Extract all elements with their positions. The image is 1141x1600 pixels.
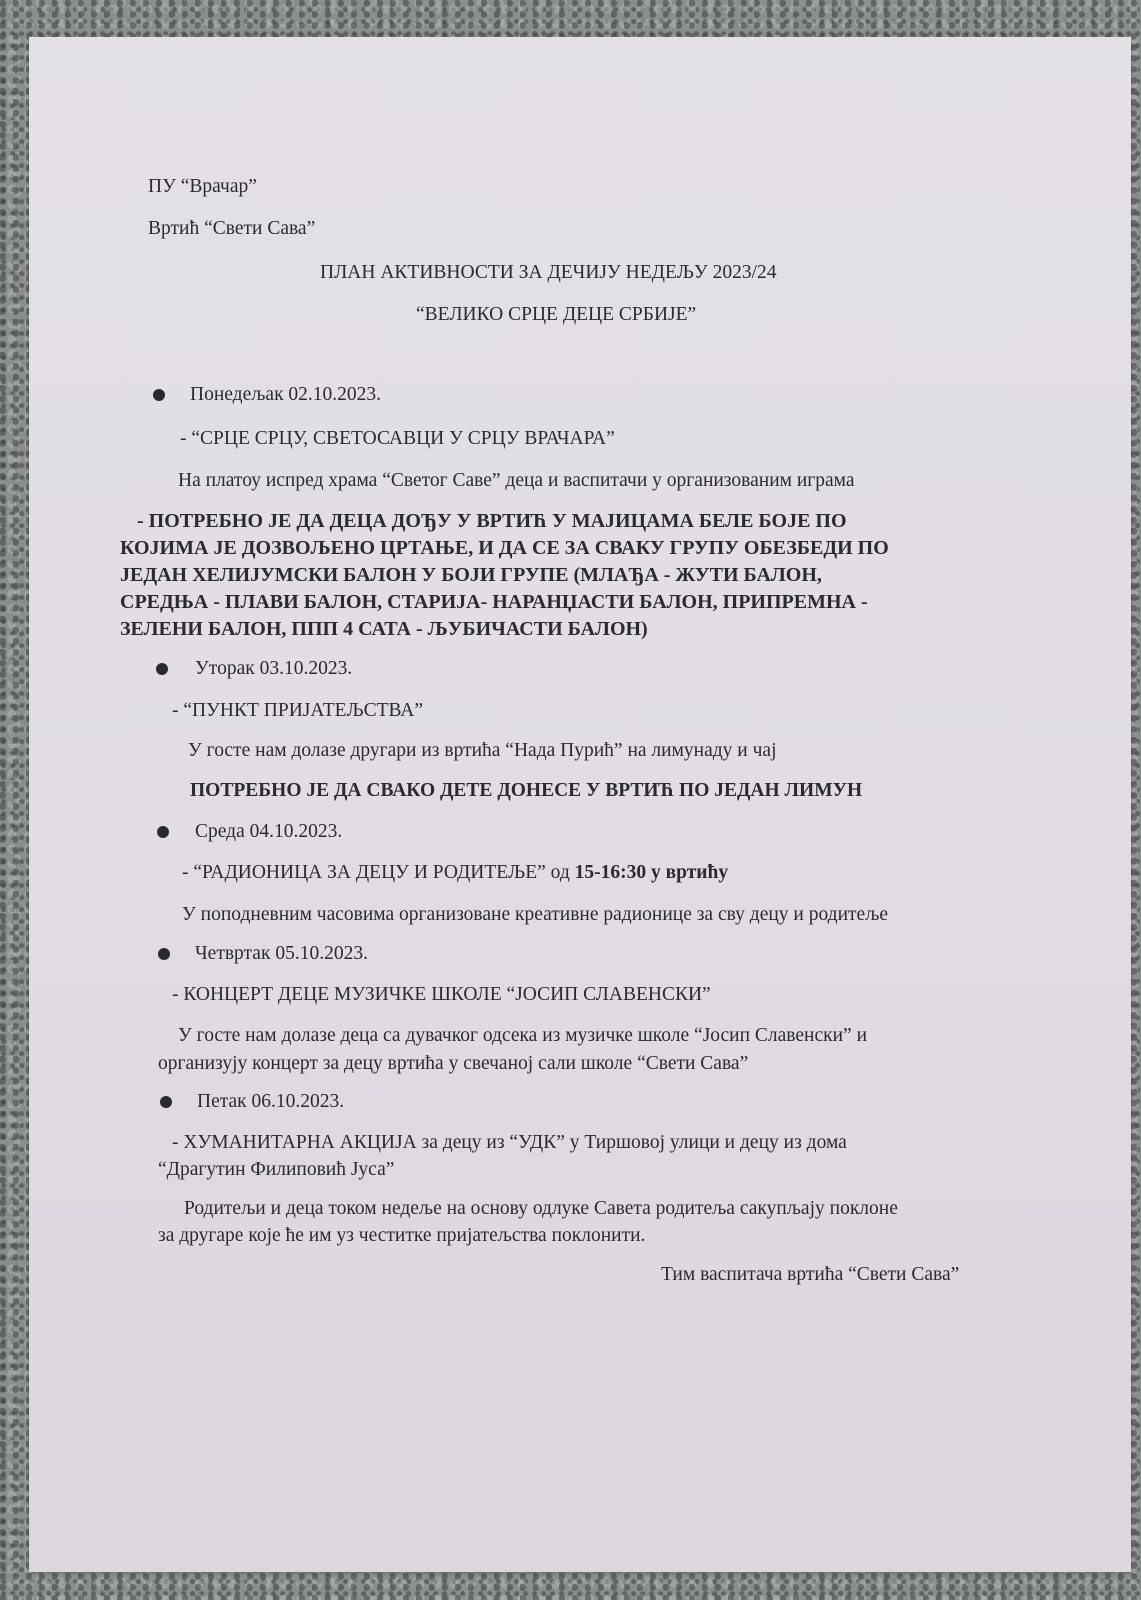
bullet-icon	[157, 826, 169, 838]
day-date-thursday: Четвртак 05.10.2023.	[195, 943, 368, 965]
day-date-friday: Петак 06.10.2023.	[197, 1091, 344, 1113]
bullet-icon	[156, 663, 168, 675]
day-date-wednesday: Среда 04.10.2023.	[195, 821, 342, 843]
note-line: ЈЕДАН ХЕЛИЈУМСКИ БАЛОН У БОЈИ ГРУПЕ (МЛА…	[120, 562, 1000, 589]
day-description-monday: На платоу испред храма “Светог Саве” дец…	[178, 470, 855, 492]
day-date-monday: Понедељак 02.10.2023.	[190, 384, 381, 406]
day-activity-thursday: - КОНЦЕРТ ДЕЦЕ МУЗИЧКЕ ШКОЛЕ “ЈОСИП СЛАВ…	[172, 984, 711, 1006]
day-activity-friday-line-1: - ХУМАНИТАРНА АКЦИЈА за децу из “УДК” у …	[172, 1132, 847, 1154]
day-note-monday: - ПОТРЕБНО ЈЕ ДА ДЕЦА ДОЂУ У ВРТИЋ У МАЈ…	[120, 508, 1000, 643]
day-description-tuesday: У госте нам долазе другари из вртића “На…	[188, 740, 777, 762]
document-title: ПЛАН АКТИВНОСТИ ЗА ДЕЧИЈУ НЕДЕЉУ 2023/24	[320, 262, 777, 284]
activity-text: - “РАДИОНИЦА ЗА ДЕЦУ И РОДИТЕЉЕ” од	[182, 862, 575, 883]
day-activity-monday: - “СРЦЕ СРЦУ, СВЕТОСАВЦИ У СРЦУ ВРАЧАРА”	[180, 428, 615, 450]
bullet-icon	[160, 1096, 172, 1108]
bullet-icon	[158, 948, 170, 960]
institution-name: ПУ “Врачар”	[148, 176, 257, 198]
document-subtitle: “ВЕЛИКО СРЦЕ ДЕЦЕ СРБИЈЕ”	[416, 304, 696, 326]
day-date-tuesday: Уторак 03.10.2023.	[195, 658, 352, 680]
day-description-thursday-line-2: организују концерт за децу вртића у свеч…	[158, 1053, 748, 1075]
note-line: КОЈИМА ЈЕ ДОЗВОЉЕНО ЦРТАЊЕ, И ДА СЕ ЗА С…	[120, 535, 1000, 562]
day-description-wednesday: У поподневним часовима организоване креа…	[182, 904, 888, 926]
kindergarten-name: Вртић “Свети Сава”	[148, 218, 315, 240]
day-description-friday-line-2: за другаре које ће им уз честитке пријат…	[158, 1225, 645, 1247]
day-description-thursday-line-1: У госте нам долазе деца са дувачког одсе…	[178, 1025, 867, 1047]
note-line: ЗЕЛЕНИ БАЛОН, ППП 4 САТА - ЉУБИЧАСТИ БАЛ…	[120, 616, 1000, 643]
note-line: СРЕДЊА - ПЛАВИ БАЛОН, СТАРИЈА- НАРАНЏАСТ…	[120, 589, 1000, 616]
activity-time: 15-16:30 у вртићу	[575, 862, 729, 883]
day-activity-tuesday: - “ПУНКТ ПРИЈАТЕЉСТВА”	[172, 700, 423, 722]
signature: Тим васпитача вртића “Свети Сава”	[661, 1264, 959, 1286]
bullet-icon	[153, 389, 165, 401]
day-note-tuesday: ПОТРЕБНО ЈЕ ДА СВАКО ДЕТЕ ДОНЕСЕ У ВРТИЋ…	[190, 780, 862, 802]
note-line: - ПОТРЕБНО ЈЕ ДА ДЕЦА ДОЂУ У ВРТИЋ У МАЈ…	[120, 508, 1000, 535]
day-description-friday-line-1: Родитељи и деца током недеље на основу о…	[184, 1198, 898, 1220]
day-activity-friday-line-2: “Драгутин Филиповић Јуса”	[158, 1159, 394, 1181]
day-activity-wednesday: - “РАДИОНИЦА ЗА ДЕЦУ И РОДИТЕЉЕ” од 15-1…	[182, 862, 728, 884]
